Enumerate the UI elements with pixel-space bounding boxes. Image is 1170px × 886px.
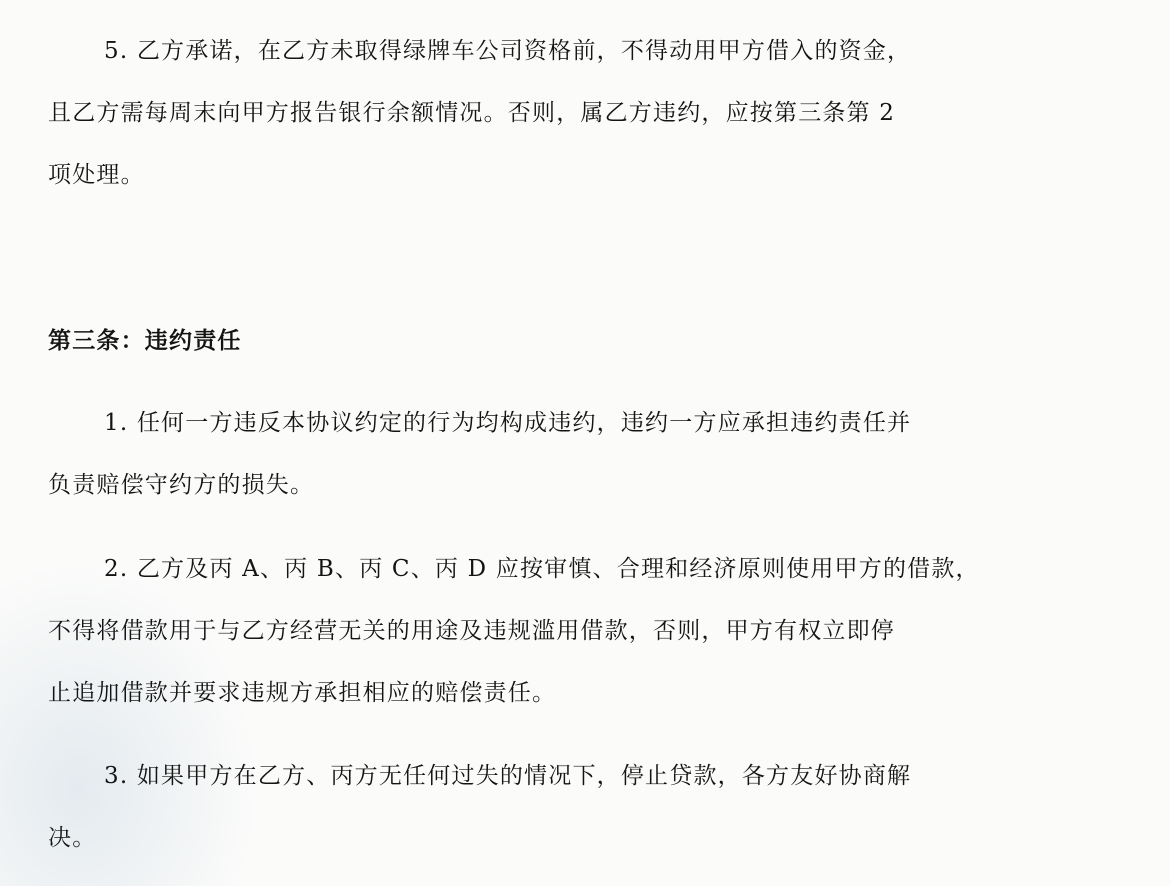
paragraph-line: 且乙方需每周末向甲方报告银行余额情况。否则，属乙方违约，应按第三条第 2 — [48, 98, 895, 128]
paragraph-line: 3. 如果甲方在乙方、丙方无任何过失的情况下，停止贷款，各方友好协商解 — [104, 761, 911, 791]
scan-shadow — [0, 560, 260, 886]
paragraph-line: 不得将借款用于与乙方经营无关的用途及违规滥用借款，否则，甲方有权立即停 — [48, 616, 895, 646]
paragraph-line: 项处理。 — [48, 160, 145, 190]
paragraph-line: 决。 — [48, 823, 96, 853]
paragraph-line: 止追加借款并要求违规方承担相应的赔偿责任。 — [48, 678, 556, 708]
paragraph-line: 1. 任何一方违反本协议约定的行为均构成违约，违约一方应承担违约责任并 — [104, 408, 911, 438]
section-heading: 第三条：违约责任 — [48, 326, 242, 356]
paragraph-line: 2. 乙方及丙 A、丙 B、丙 C、丙 D 应按审慎、合理和经济原则使用甲方的借… — [104, 554, 980, 584]
paragraph-line: 负责赔偿守约方的损失。 — [48, 470, 314, 500]
paragraph-line: 5. 乙方承诺，在乙方未取得绿牌车公司资格前，不得动用甲方借入的资金， — [104, 36, 911, 66]
document-page: 5. 乙方承诺，在乙方未取得绿牌车公司资格前，不得动用甲方借入的资金， 且乙方需… — [0, 0, 1170, 886]
